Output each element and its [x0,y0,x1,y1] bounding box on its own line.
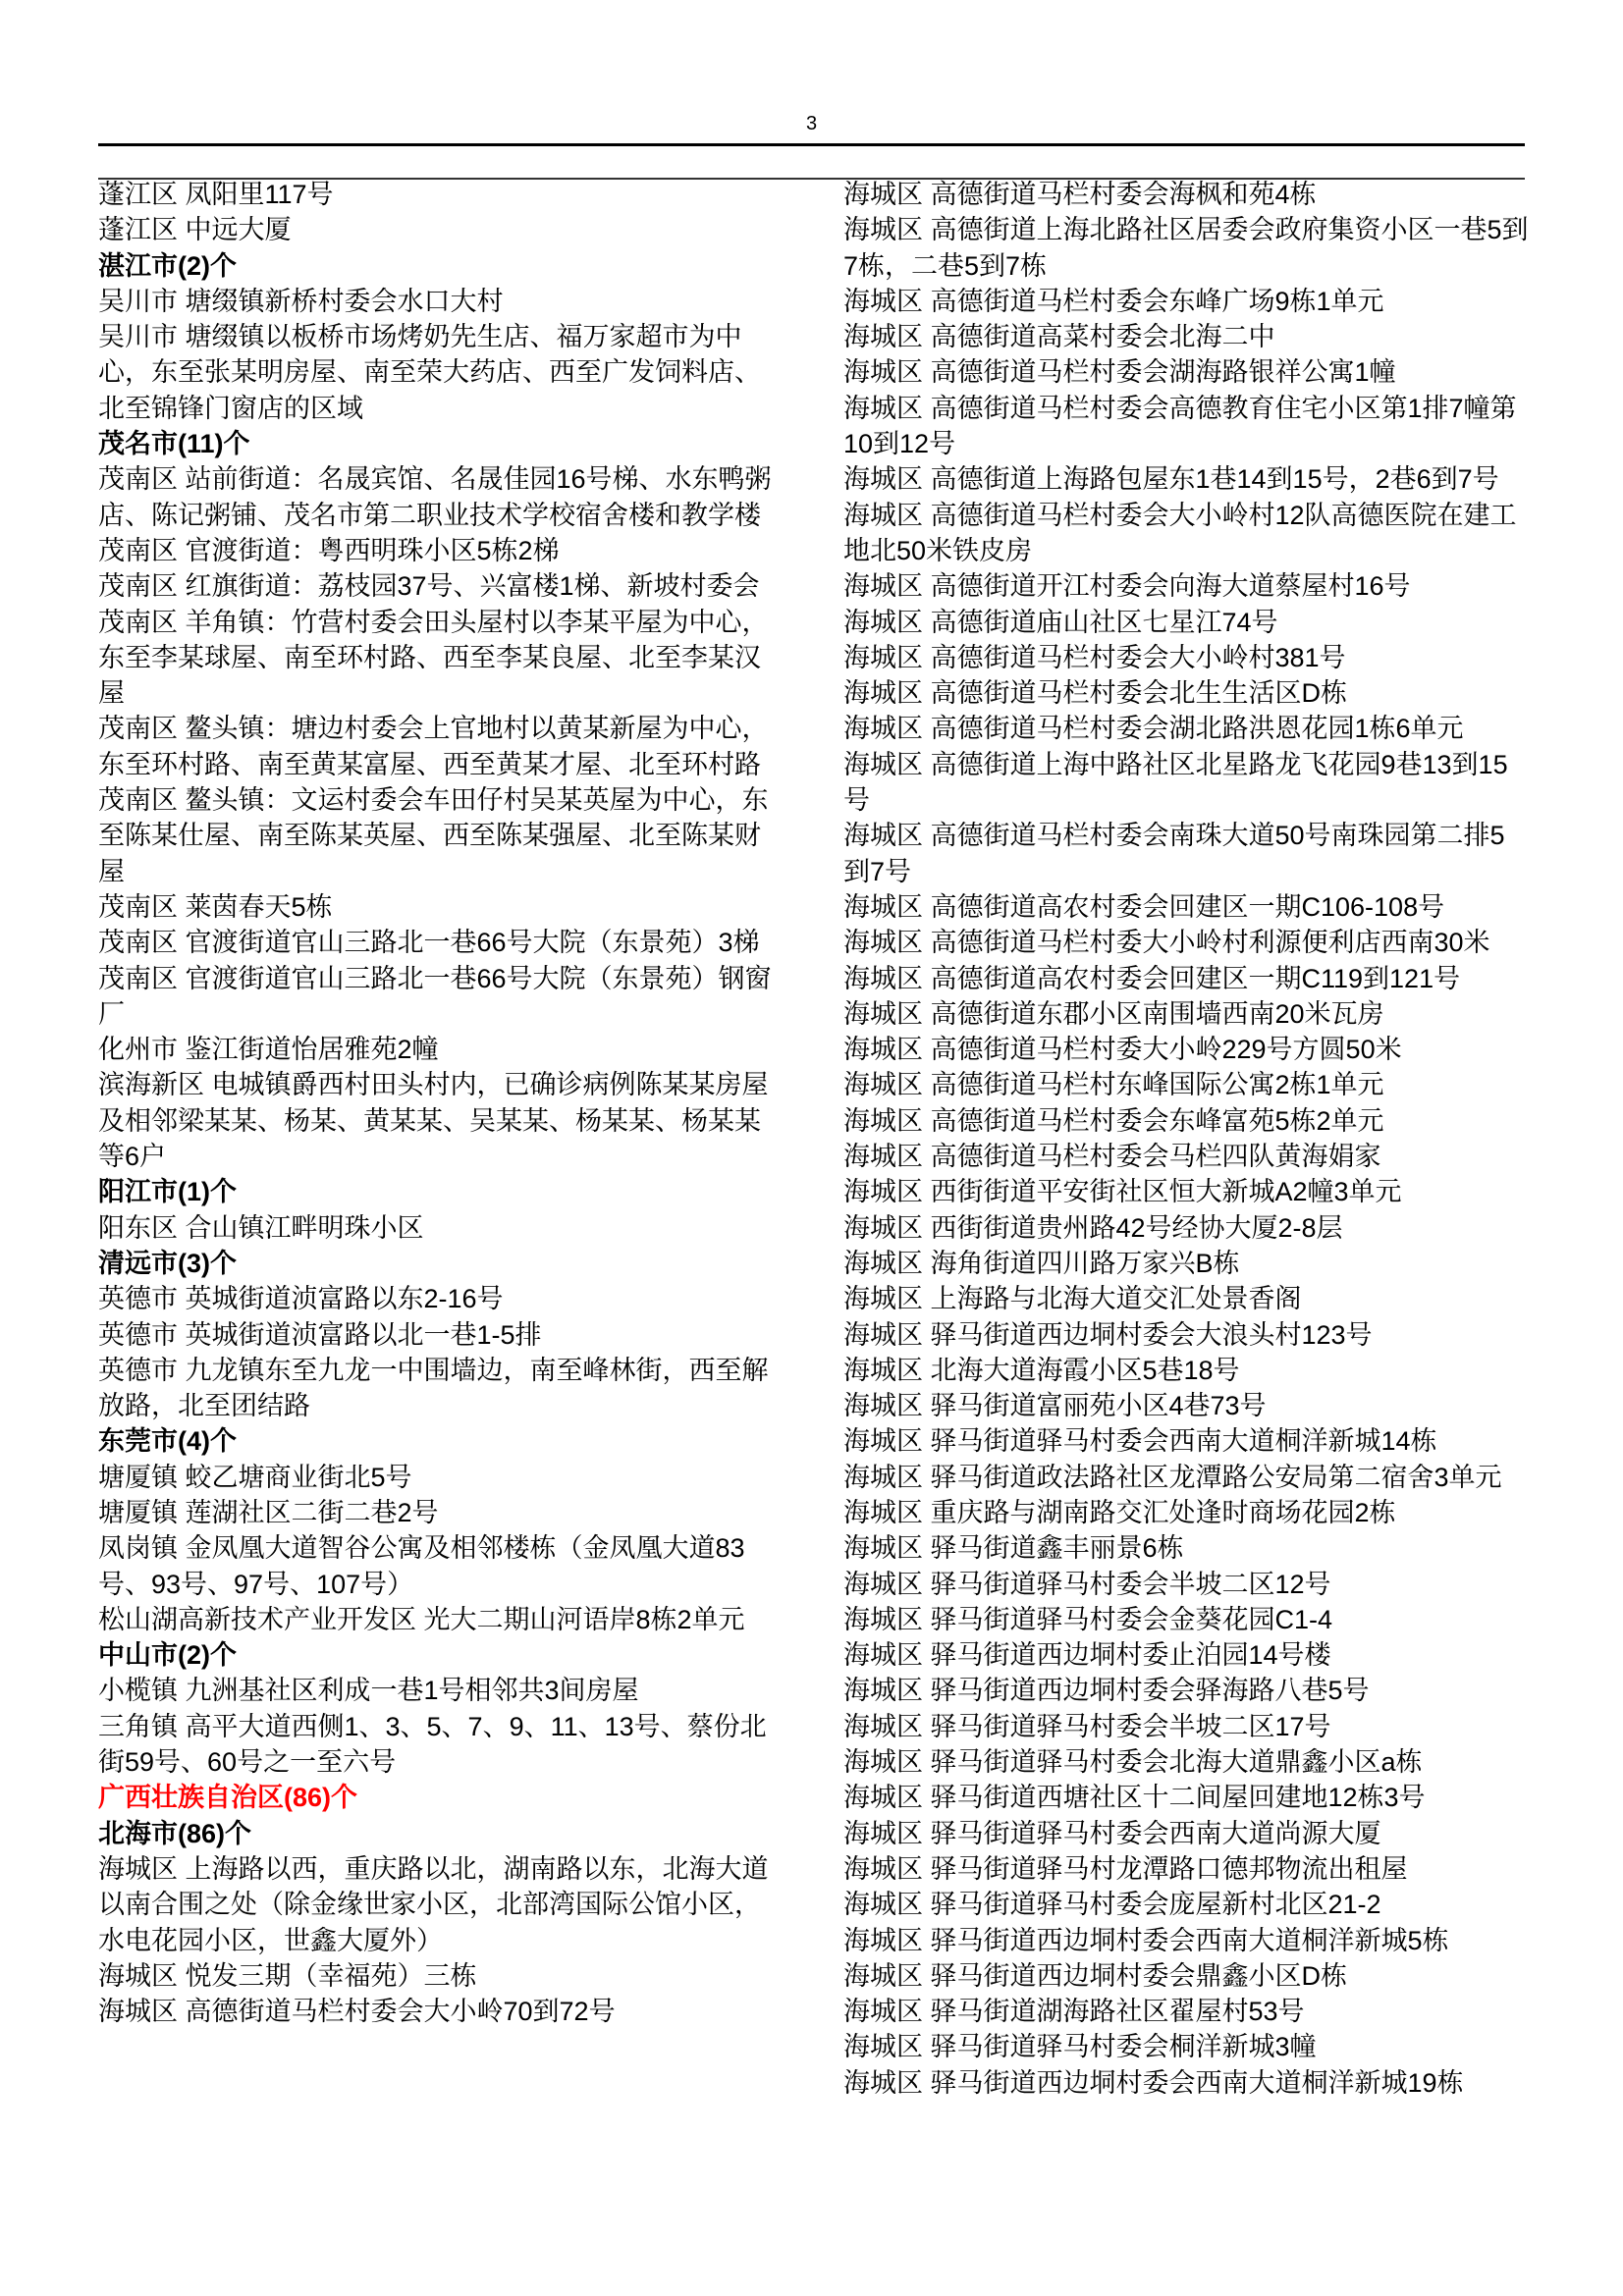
location-entry: 海城区 海角街道四川路万家兴B栋 [843,1246,1531,1281]
location-entry: 海城区 高德街道马栏村委会马栏四队黄海娟家 [843,1139,1531,1174]
location-entry: 海城区 驿马街道鑫丰丽景6栋 [843,1530,1531,1566]
location-entry: 海城区 驿马街道西边垌村委止泊园14号楼 [843,1637,1531,1673]
location-entry: 海城区 驿马街道西边垌村委会西南大道桐洋新城5栋 [843,1923,1531,1958]
location-entry: 滨海新区 电城镇爵西村田头村内，已确诊病例陈某某房屋及相邻梁某某、杨某、黄某某、… [98,1067,776,1174]
location-entry: 海城区 驿马街道驿马村龙潭路口德邦物流出租屋 [843,1851,1531,1887]
location-entry: 英德市 英城街道浈富路以东2-16号 [98,1281,776,1316]
left-column: 蓬江区 凤阳里117号蓬江区 中远大厦湛江市(2)个吴川市 塘缀镇新桥村委会水口… [98,177,776,2029]
province-heading: 广西壮族自治区(86)个 [98,1780,776,1815]
city-heading: 湛江市(2)个 [98,248,776,284]
location-entry: 蓬江区 凤阳里117号 [98,177,776,212]
location-entry: 海城区 驿马街道富丽苑小区4巷73号 [843,1388,1531,1423]
location-entry: 海城区 高德街道马栏村委会大小岭村12队高德医院在建工地北50米铁皮房 [843,498,1531,569]
location-entry: 海城区 驿马街道驿马村委会半坡二区17号 [843,1709,1531,1744]
location-entry: 海城区 高德街道高菜村委会北海二中 [843,319,1531,354]
page-number: 3 [0,112,1623,135]
location-entry: 海城区 驿马街道西边垌村委会西南大道桐洋新城19栋 [843,2065,1531,2101]
location-entry: 海城区 高德街道马栏村委会南珠大道50号南珠园第二排5到7号 [843,818,1531,889]
location-entry: 海城区 驿马街道驿马村委会半坡二区12号 [843,1567,1531,1602]
location-entry: 茂南区 鳌头镇：塘边村委会上官地村以黄某新屋为中心，东至环村路、南至黄某富屋、西… [98,711,776,782]
location-entry: 茂南区 官渡街道官山三路北一巷66号大院（东景苑）3梯 [98,925,776,960]
city-heading: 茂名市(11)个 [98,426,776,461]
location-entry: 阳东区 合山镇江畔明珠小区 [98,1210,776,1246]
location-entry: 海城区 高德街道马栏村委会大小岭70到72号 [98,1994,776,2029]
location-entry: 海城区 高德街道开江村委会向海大道蔡屋村16号 [843,568,1531,604]
location-entry: 茂南区 站前街道：名晟宾馆、名晟佳园16号梯、水东鸭粥店、陈记粥铺、茂名市第二职… [98,461,776,533]
location-entry: 海城区 高德街道马栏村委会东峰富苑5栋2单元 [843,1103,1531,1139]
city-heading: 中山市(2)个 [98,1637,776,1673]
location-entry: 海城区 驿马街道驿马村委会桐洋新城3幢 [843,2029,1531,2064]
location-entry: 茂南区 官渡街道：粤西明珠小区5栋2梯 [98,533,776,568]
location-entry: 海城区 驿马街道政法路社区龙潭路公安局第二宿舍3单元 [843,1460,1531,1495]
city-heading: 阳江市(1)个 [98,1174,776,1209]
location-entry: 海城区 驿马街道西边垌村委会驿海路八巷5号 [843,1673,1531,1708]
location-entry: 海城区 高德街道上海路包屋东1巷14到15号，2巷6到7号 [843,461,1531,497]
location-entry: 海城区 驿马街道驿马村委会西南大道尚源大厦 [843,1816,1531,1851]
location-entry: 凤岗镇 金凤凰大道智谷公寓及相邻楼栋（金凤凰大道83号、93号、97号、107号… [98,1530,776,1602]
location-entry: 小榄镇 九洲基社区利成一巷1号相邻共3间房屋 [98,1673,776,1708]
location-entry: 海城区 高德街道马栏村委大小岭村利源便利店西南30米 [843,925,1531,960]
header-rule [98,143,1525,146]
location-entry: 海城区 高德街道上海中路社区北星路龙飞花园9巷13到15号 [843,747,1531,819]
location-entry: 化州市 鉴江街道怡居雅苑2幢 [98,1032,776,1067]
location-entry: 海城区 西街街道贵州路42号经协大厦2-8层 [843,1210,1531,1246]
location-entry: 塘厦镇 蛟乙塘商业街北5号 [98,1460,776,1495]
location-entry: 海城区 驿马街道驿马村委会西南大道桐洋新城14栋 [843,1423,1531,1459]
city-heading: 清远市(3)个 [98,1246,776,1281]
location-entry: 茂南区 鳌头镇：文运村委会车田仔村吴某英屋为中心，东至陈某仕屋、南至陈某英屋、西… [98,782,776,889]
location-entry: 吴川市 塘缀镇以板桥市场烤奶先生店、福万家超市为中心，东至张某明房屋、南至荣大药… [98,319,776,426]
location-entry: 海城区 重庆路与湖南路交汇处逢时商场花园2栋 [843,1495,1531,1530]
location-entry: 海城区 高德街道高农村委会回建区一期C106-108号 [843,889,1531,925]
location-entry: 三角镇 高平大道西侧1、3、5、7、9、11、13号、蔡份北街59号、60号之一… [98,1709,776,1781]
location-entry: 海城区 高德街道马栏村委会大小岭村381号 [843,640,1531,675]
location-entry: 海城区 北海大道海霞小区5巷18号 [843,1353,1531,1388]
location-entry: 英德市 英城街道浈富路以北一巷1-5排 [98,1317,776,1353]
location-entry: 海城区 上海路以西，重庆路以北，湖南路以东，北海大道以南合围之处（除金缘世家小区… [98,1851,776,1958]
location-entry: 海城区 上海路与北海大道交汇处景香阁 [843,1281,1531,1316]
location-entry: 海城区 高德街道马栏村委会北生生活区D栋 [843,675,1531,711]
location-entry: 海城区 驿马街道驿马村委会庞屋新村北区21-2 [843,1887,1531,1922]
location-entry: 海城区 驿马街道驿马村委会金葵花园C1-4 [843,1602,1531,1637]
location-entry: 茂南区 莱茵春天5栋 [98,889,776,925]
location-entry: 海城区 高德街道马栏村委会东峰广场9栋1单元 [843,284,1531,319]
location-entry: 蓬江区 中远大厦 [98,212,776,247]
location-entry: 海城区 悦发三期（幸福苑）三栋 [98,1958,776,1994]
location-entry: 英德市 九龙镇东至九龙一中围墙边，南至峰林街，西至解放路，北至团结路 [98,1353,776,1424]
location-entry: 海城区 高德街道马栏村委会湖海路银祥公寓1幢 [843,354,1531,390]
location-entry: 海城区 驿马街道西塘社区十二间屋回建地12栋3号 [843,1780,1531,1815]
location-entry: 海城区 驿马街道驿马村委会北海大道鼎鑫小区a栋 [843,1744,1531,1780]
location-entry: 海城区 高德街道上海北路社区居委会政府集资小区一巷5到7栋，二巷5到7栋 [843,212,1531,284]
city-heading: 东莞市(4)个 [98,1423,776,1459]
location-entry: 海城区 高德街道马栏村东峰国际公寓2栋1单元 [843,1067,1531,1102]
location-entry: 茂南区 羊角镇：竹营村委会田头屋村以李某平屋为中心，东至李某球屋、南至环村路、西… [98,605,776,712]
right-column: 海城区 高德街道马栏村委会海枫和苑4栋海城区 高德街道上海北路社区居委会政府集资… [843,177,1531,2101]
location-entry: 海城区 高德街道高农村委会回建区一期C119到121号 [843,961,1531,996]
location-entry: 海城区 西街街道平安街社区恒大新城A2幢3单元 [843,1174,1531,1209]
city-heading: 北海市(86)个 [98,1816,776,1851]
location-entry: 茂南区 红旗街道：荔枝园37号、兴富楼1梯、新坡村委会 [98,568,776,604]
location-entry: 茂南区 官渡街道官山三路北一巷66号大院（东景苑）钢窗厂 [98,961,776,1033]
location-entry: 海城区 高德街道东郡小区南围墙西南20米瓦房 [843,996,1531,1032]
location-entry: 海城区 驿马街道湖海路社区翟屋村53号 [843,1994,1531,2029]
location-entry: 海城区 驿马街道西边垌村委会鼎鑫小区D栋 [843,1958,1531,1994]
location-entry: 海城区 高德街道马栏村委会海枫和苑4栋 [843,177,1531,212]
location-entry: 吴川市 塘缀镇新桥村委会水口大村 [98,284,776,319]
location-entry: 海城区 高德街道马栏村委会高德教育住宅小区第1排7幢第10到12号 [843,391,1531,462]
location-entry: 松山湖高新技术产业开发区 光大二期山河语岸8栋2单元 [98,1602,776,1637]
location-entry: 塘厦镇 莲湖社区二街二巷2号 [98,1495,776,1530]
location-entry: 海城区 高德街道马栏村委会湖北路洪恩花园1栋6单元 [843,711,1531,746]
location-entry: 海城区 驿马街道西边垌村委会大浪头村123号 [843,1317,1531,1353]
location-entry: 海城区 高德街道庙山社区七星江74号 [843,605,1531,640]
location-entry: 海城区 高德街道马栏村委大小岭229号方圆50米 [843,1032,1531,1067]
